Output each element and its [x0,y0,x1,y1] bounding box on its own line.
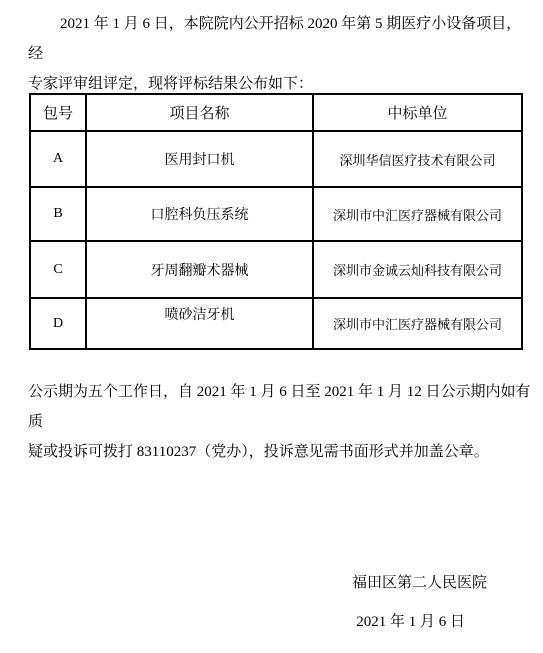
table-row: D 喷砂洁牙机 深圳市中汇医疗器械有限公司 [30,298,522,349]
document-page: 2021 年 1 月 6 日，本院院内公开招标 2020 年第 5 期医疗小设备… [0,0,543,653]
package-cell: A [30,131,86,187]
signature-date: 2021 年 1 月 6 日 [356,607,465,637]
table-row: A 医用封口机 深圳华信医疗技术有限公司 [30,131,522,187]
package-cell: B [30,187,86,241]
winner-cell: 深圳华信医疗技术有限公司 [313,131,522,187]
col-header-project: 项目名称 [86,94,313,131]
project-cell: 牙周翻瓣术器械 [86,241,313,298]
project-cell: 喷砂洁牙机 [86,298,313,349]
signature-org: 福田区第二人民医院 [352,568,487,598]
table-row: C 牙周翻瓣术器械 深圳市金诚云灿科技有限公司 [30,241,522,298]
bid-results-table: 包号 项目名称 中标单位 A 医用封口机 深圳华信医疗技术有限公司 B 口腔科负… [29,93,523,350]
project-cell: 医用封口机 [86,131,313,187]
package-cell: C [30,241,86,298]
col-header-winner: 中标单位 [313,94,522,131]
notice-paragraph: 公示期为五个工作日，自 2021 年 1 月 6 日至 2021 年 1 月 1… [28,377,534,467]
intro-paragraph: 2021 年 1 月 6 日，本院院内公开招标 2020 年第 5 期医疗小设备… [28,9,534,99]
package-cell: D [30,298,86,349]
project-cell: 口腔科负压系统 [86,187,313,241]
table-row: B 口腔科负压系统 深圳市中汇医疗器械有限公司 [30,187,522,241]
winner-cell: 深圳市中汇医疗器械有限公司 [313,187,522,241]
winner-cell: 深圳市金诚云灿科技有限公司 [313,241,522,298]
col-header-package: 包号 [30,94,86,131]
winner-cell: 深圳市中汇医疗器械有限公司 [313,298,522,349]
table-header-row: 包号 项目名称 中标单位 [30,94,522,131]
